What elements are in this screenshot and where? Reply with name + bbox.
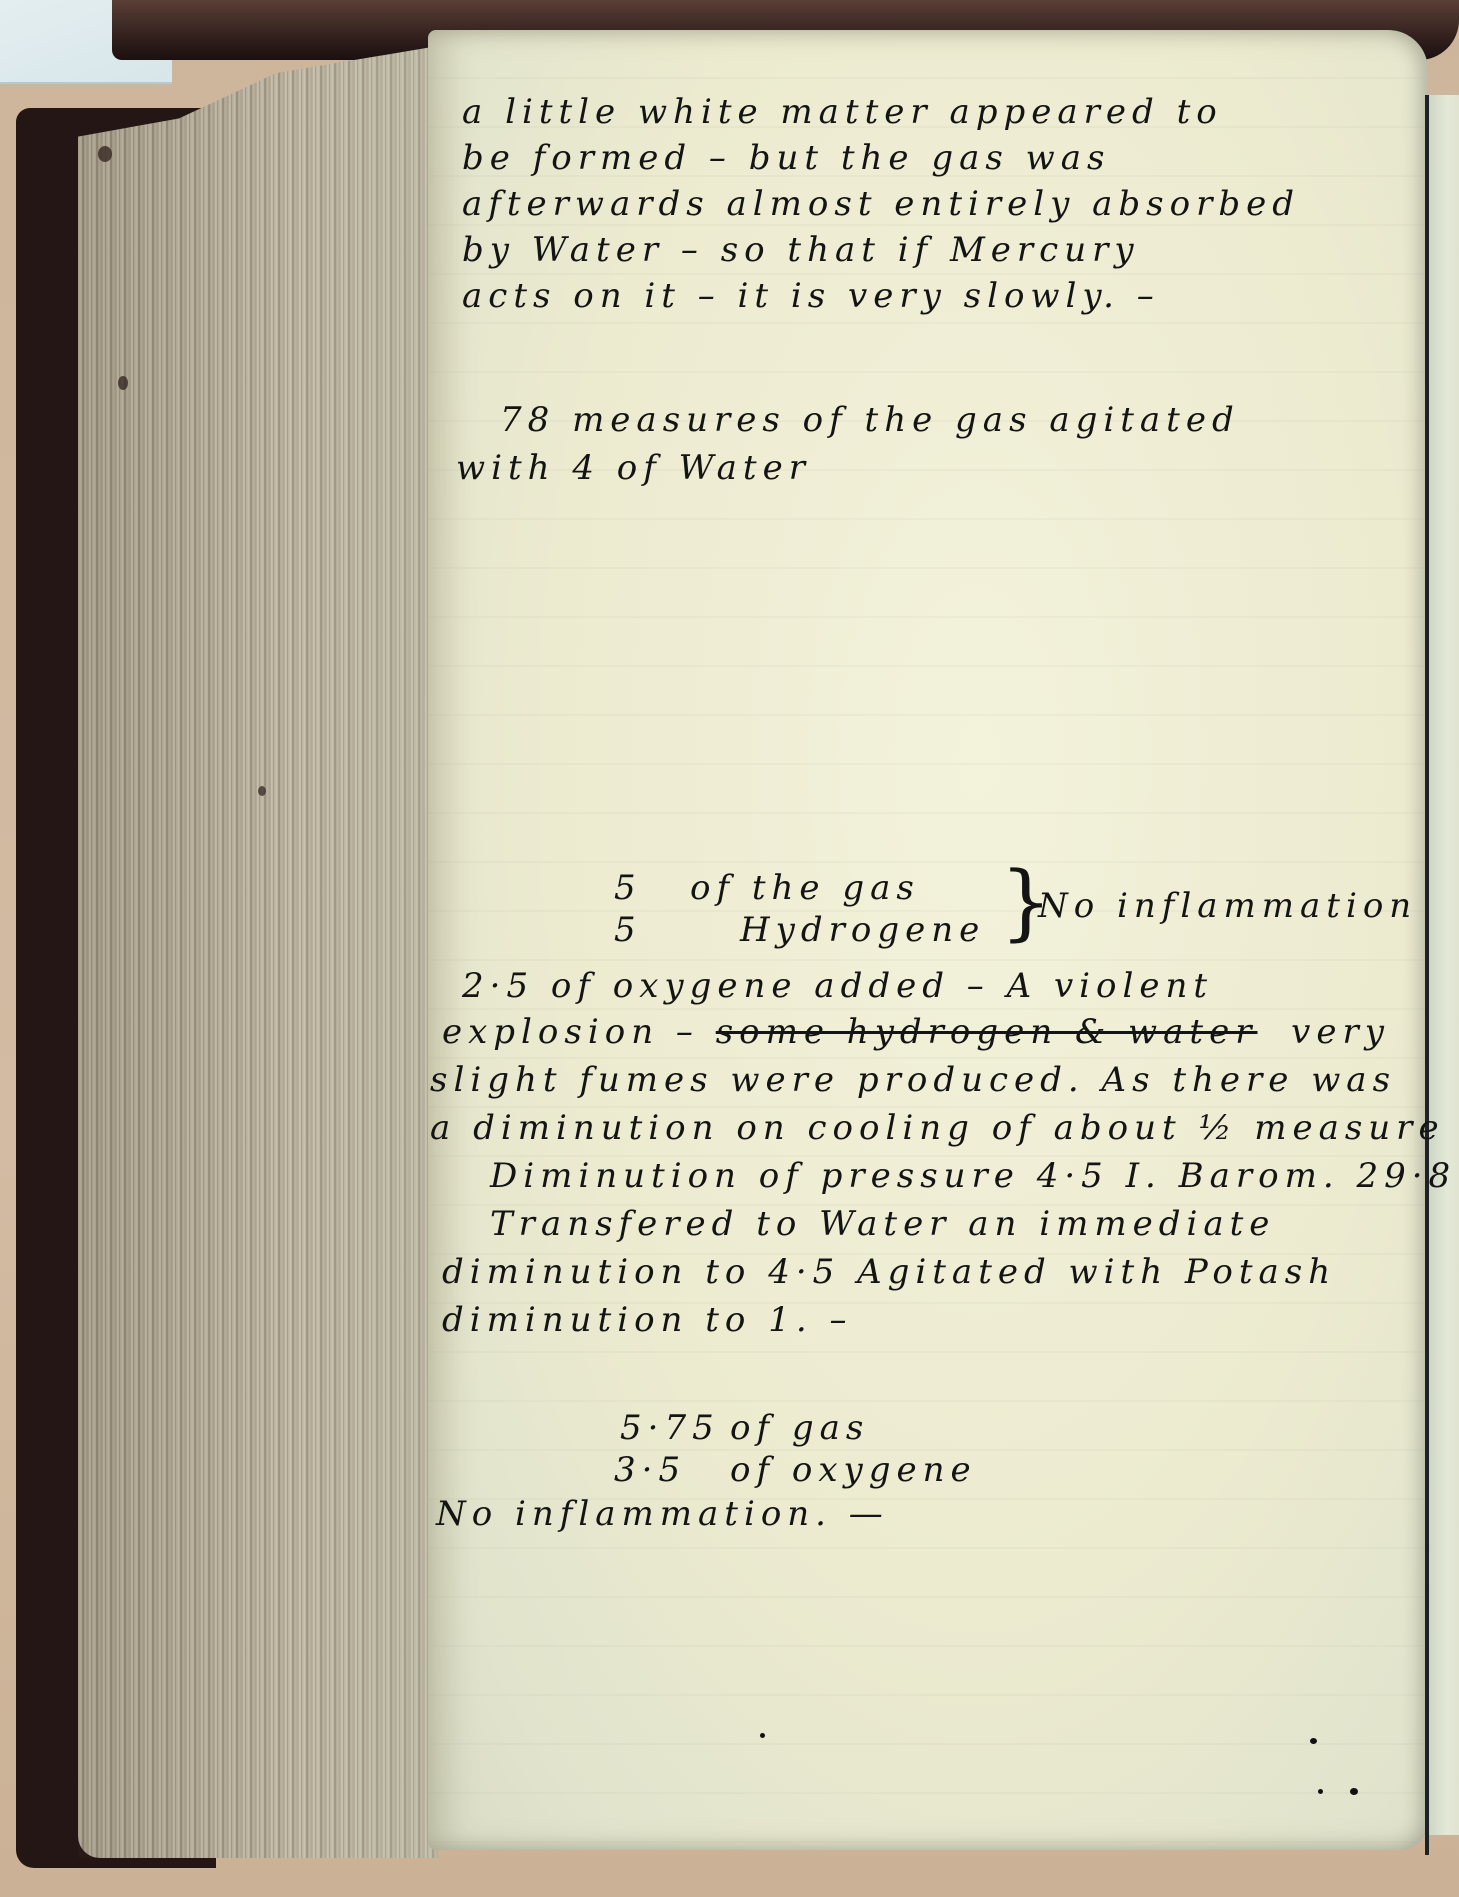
text-line: 78 measures of the gas agitated — [500, 400, 1240, 440]
stain — [258, 786, 266, 796]
text-line: be formed – but the gas was — [462, 138, 1110, 178]
mixture-substance: of the gas — [690, 868, 920, 908]
text-line: with 4 of Water — [456, 448, 811, 488]
ink-speck — [1350, 1788, 1358, 1795]
text-line: by Water – so that if Mercury — [462, 230, 1140, 270]
mixture-amount: 5·75 — [620, 1408, 720, 1448]
text-line: diminution to 1. – — [442, 1300, 852, 1340]
stain — [118, 376, 128, 390]
result-text: No inflammation — [1038, 886, 1417, 926]
result-text: No inflammation. — — [436, 1494, 889, 1534]
mixture-amount: 5 — [614, 910, 642, 950]
text-line: a little white matter appeared to — [462, 92, 1223, 132]
text-line: Transfered to Water an immediate — [490, 1204, 1275, 1244]
text-line: afterwards almost entirely absorbed — [462, 184, 1300, 224]
struck-through-text: some hydrogen & water — [716, 1012, 1258, 1052]
text-line: slight fumes were produced. As there was — [430, 1060, 1396, 1100]
text-fragment: very — [1291, 1012, 1390, 1052]
mixture-substance: Hydrogene — [740, 910, 985, 950]
stain — [98, 146, 112, 162]
text-line: explosion – some hydrogen & water very — [442, 1012, 1390, 1052]
ink-speck — [1310, 1738, 1317, 1744]
text-fragment — [1257, 1012, 1291, 1052]
facing-page-edge — [1429, 95, 1459, 1835]
mixture-substance: of oxygene — [730, 1450, 977, 1490]
ink-speck — [1318, 1789, 1323, 1794]
mixture-amount: 3·5 — [614, 1450, 686, 1490]
text-line: a diminution on cooling of about ½ measu… — [430, 1108, 1445, 1148]
ink-speck — [760, 1733, 765, 1738]
mixture-amount: 5 — [614, 868, 642, 908]
page-edges-stack — [78, 46, 438, 1858]
mixture-substance: of gas — [730, 1408, 869, 1448]
text-line: 2·5 of oxygene added – A violent — [462, 966, 1213, 1006]
text-fragment: explosion – — [442, 1012, 716, 1052]
text-line: diminution to 4·5 Agitated with Potash — [442, 1252, 1336, 1292]
text-line: Diminution of pressure 4·5 I. Barom. 29·… — [490, 1156, 1456, 1196]
text-line: acts on it – it is very slowly. – — [462, 276, 1160, 316]
